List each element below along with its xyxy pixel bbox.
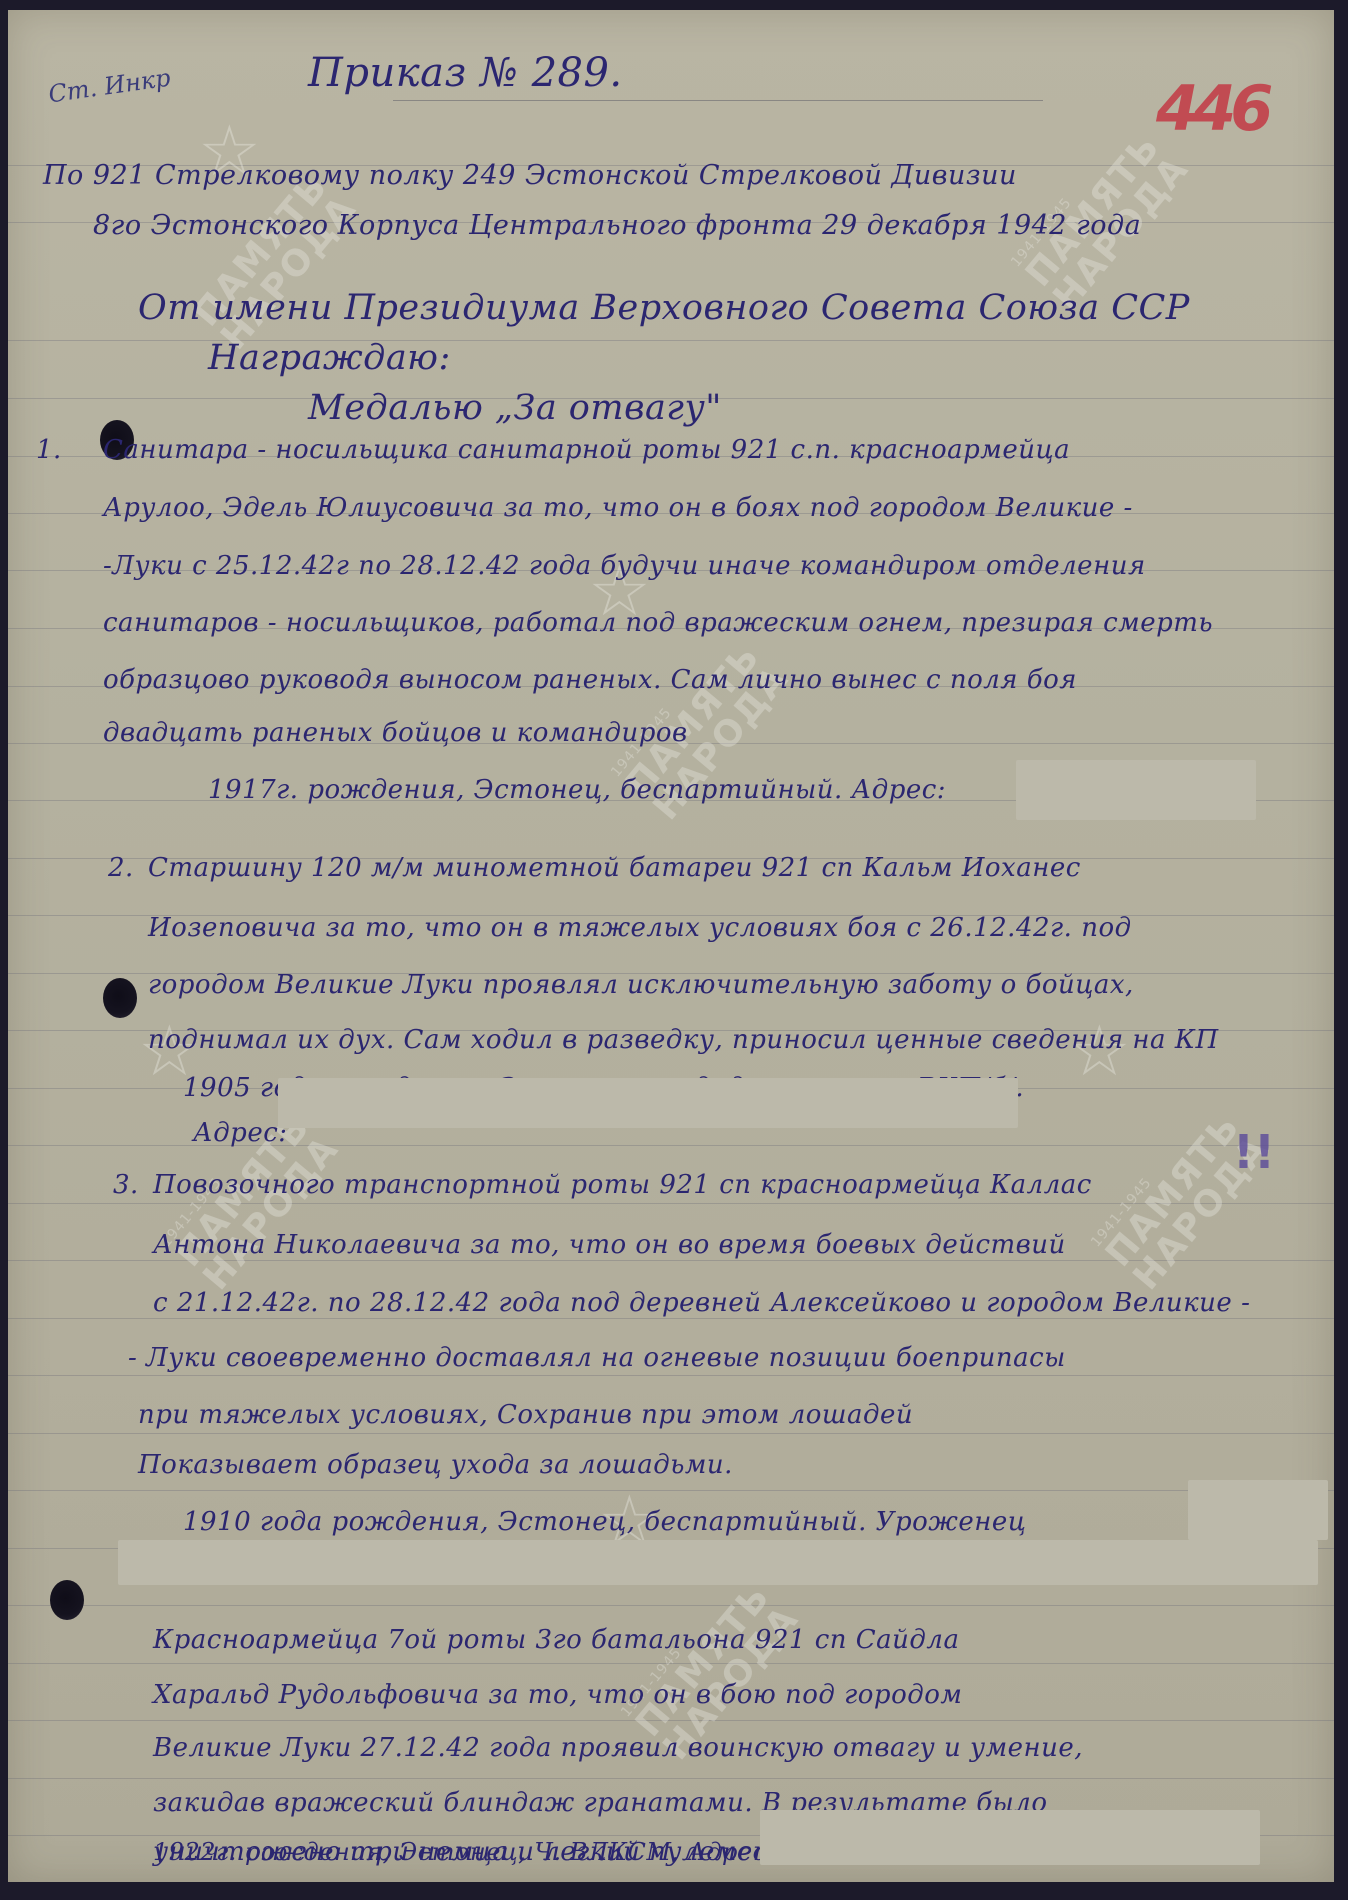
ruled-line xyxy=(8,1433,1334,1434)
header-line-1: По 921 Стрелковому полку 249 Эстонской С… xyxy=(43,160,1017,191)
ruled-line xyxy=(8,1778,1334,1779)
red-archive-mark: 446 xyxy=(1156,72,1267,145)
title-underline xyxy=(393,100,1043,101)
entry-1-line: Арулоо, Эдель Юлиусовича за то, что он в… xyxy=(103,493,1133,523)
entry-2-line: Старшину 120 м/м минометной батареи 921 … xyxy=(148,853,1081,883)
entry-3-line: с 21.12.42г. по 28.12.42 года под деревн… xyxy=(153,1288,1250,1318)
ruled-line xyxy=(8,340,1334,341)
ruled-line xyxy=(8,1720,1334,1721)
medal-name: Медалью „За отвагу" xyxy=(308,388,722,428)
entry-2-line: поднимал их дух. Сам ходил в разведку, п… xyxy=(148,1025,1219,1055)
corner-note: Ст. Инкр xyxy=(47,64,173,109)
entry-4-line: Великие Луки 27.12.42 года проявил воинс… xyxy=(153,1733,1083,1763)
redacted-address xyxy=(1016,760,1256,820)
redacted-address xyxy=(118,1540,1318,1585)
header-line-2: 8го Эстонского Корпуса Центрального фрон… xyxy=(93,210,1141,241)
entry-1-line: -Луки с 25.12.42г по 28.12.42 года будуч… xyxy=(103,551,1146,581)
violet-ink-mark: !! xyxy=(1233,1125,1275,1179)
document-sheet: ☆ ПАМЯТЬНАРОДА 1941-1945ПАМЯТЬНАРОДА ☆ 1… xyxy=(8,10,1334,1882)
entry-1-line: Санитара - носильщика санитарной роты 92… xyxy=(103,435,1070,465)
entry-2-line: Иозеповича за то, что он в тяжелых услов… xyxy=(148,913,1132,943)
awarded-heading: Награждаю: xyxy=(208,338,451,378)
entry-3-line: Повозочного транспортной роты 921 сп кра… xyxy=(153,1170,1092,1200)
ruled-line xyxy=(8,1605,1334,1606)
ruled-line xyxy=(8,1663,1334,1664)
entry-3-line: Показывает образец ухода за лошадьми. xyxy=(138,1450,733,1480)
entry-4-line: Харальд Рудольфовича за то, что он в бою… xyxy=(153,1680,962,1710)
redacted-address xyxy=(1188,1480,1328,1540)
entry-1-line: образцово руководя выносом раненых. Сам … xyxy=(103,665,1077,695)
entry-3-line: при тяжелых условиях, Сохранив при этом … xyxy=(138,1400,913,1430)
entry-3-line: Антона Николаевича за то, что он во врем… xyxy=(153,1230,1066,1260)
ruled-line xyxy=(8,1318,1334,1319)
entry-2-line: городом Великие Луки проявлял исключител… xyxy=(148,970,1134,1000)
ruled-line xyxy=(8,1490,1334,1491)
punch-hole xyxy=(50,1580,84,1620)
entry-1-bio: 1917г. рождения, Эстонец, беспартийный. … xyxy=(208,775,946,805)
ruled-line xyxy=(8,1203,1334,1204)
entry-number: 2. xyxy=(108,853,134,883)
entry-number: 3. xyxy=(113,1170,139,1200)
entry-4-bio: 1922г. рождения, Эстонец, Ч. ВЛКСМ. Адре… xyxy=(153,1838,767,1866)
redacted-address xyxy=(278,1078,1018,1128)
ruled-line xyxy=(8,1375,1334,1376)
entry-4-line: Красноармейца 7ой роты 3го батальона 921… xyxy=(153,1625,959,1655)
ruled-line xyxy=(8,1260,1334,1261)
entry-2-address-label: Адрес: xyxy=(193,1118,288,1148)
redacted-address xyxy=(760,1810,1260,1865)
entry-1-line: санитаров - носильщиков, работал под вра… xyxy=(103,608,1213,638)
entry-1-line: двадцать раненых бойцов и командиров xyxy=(103,718,688,748)
entry-3-line: - Луки своевременно доставлял на огневые… xyxy=(128,1343,1066,1373)
order-title: Приказ № 289. xyxy=(308,50,623,96)
entry-number: 1. xyxy=(36,435,62,465)
entry-3-bio: 1910 года рождения, Эстонец, беспартийны… xyxy=(183,1507,1026,1537)
presidium-line: От имени Президиума Верховного Совета Со… xyxy=(138,288,1190,328)
punch-hole xyxy=(103,978,137,1018)
